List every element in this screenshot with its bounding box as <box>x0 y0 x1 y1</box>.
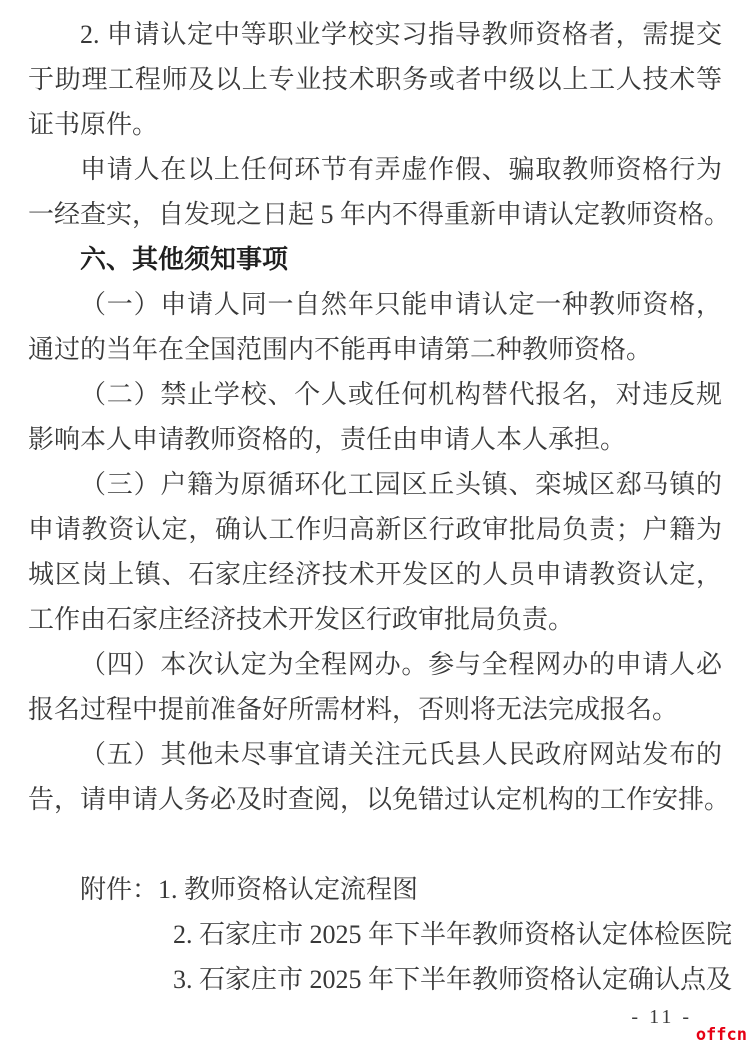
text-line: 通过的当年在全国范围内不能再申请第二种教师资格。 <box>28 327 722 372</box>
text-line: （二）禁止学校、个人或任何机构替代报名，对违反规定而 <box>28 372 722 417</box>
text-line: （一）申请人同一自然年只能申请认定一种教师资格，认定 <box>28 282 722 327</box>
watermark-offcn: offcn <box>696 1025 747 1045</box>
text-line: 影响本人申请教师资格的，责任由申请人本人承担。 <box>28 417 722 462</box>
document-page: 2. 申请认定中等职业学校实习指导教师资格者，需提交相当于助理工程师及以上专业技… <box>0 0 750 1050</box>
text-line: 一经查实，自发现之日起 5 年内不得重新申请认定教师资格。 <box>28 192 722 237</box>
document-body: 2. 申请认定中等职业学校实习指导教师资格者，需提交相当于助理工程师及以上专业技… <box>28 12 722 1002</box>
blank-line <box>28 822 722 867</box>
text-line: 告，请申请人务必及时查阅，以免错过认定机构的工作安排。 <box>28 777 722 822</box>
text-line: 于助理工程师及以上专业技术职务或者中级以上工人技术等级 <box>28 57 722 102</box>
text-line: （三）户籍为原循环化工园区丘头镇、栾城区郄马镇的人员 <box>28 462 722 507</box>
text-line: 证书原件。 <box>28 102 722 147</box>
text-line: 报名过程中提前准备好所需材料，否则将无法完成报名。 <box>28 687 722 732</box>
text-line: 2. 申请认定中等职业学校实习指导教师资格者，需提交相当 <box>28 12 722 57</box>
section-heading: 六、其他须知事项 <box>28 237 722 282</box>
text-line: 申请教资认定，确认工作归高新区行政审批局负责；户籍为原藁 <box>28 507 722 552</box>
text-line: 工作由石家庄经济技术开发区行政审批局负责。 <box>28 597 722 642</box>
text-line: （四）本次认定为全程网办。参与全程网办的申请人必须在 <box>28 642 722 687</box>
text-line: 申请人在以上任何环节有弄虚作假、骗取教师资格行为的， <box>28 147 722 192</box>
text-line: 城区岗上镇、石家庄经济技术开发区的人员申请教资认定，确认 <box>28 552 722 597</box>
text-line: 2. 石家庄市 2025 年下半年教师资格认定体检医院 <box>28 912 722 957</box>
text-line: 3. 石家庄市 2025 年下半年教师资格认定确认点及 <box>28 957 722 1002</box>
text-line: （五）其他未尽事宜请关注元氏县人民政府网站发布的公 <box>28 732 722 777</box>
page-number: - 11 - <box>631 1006 692 1029</box>
text-line: 附件：1. 教师资格认定流程图 <box>28 867 722 912</box>
